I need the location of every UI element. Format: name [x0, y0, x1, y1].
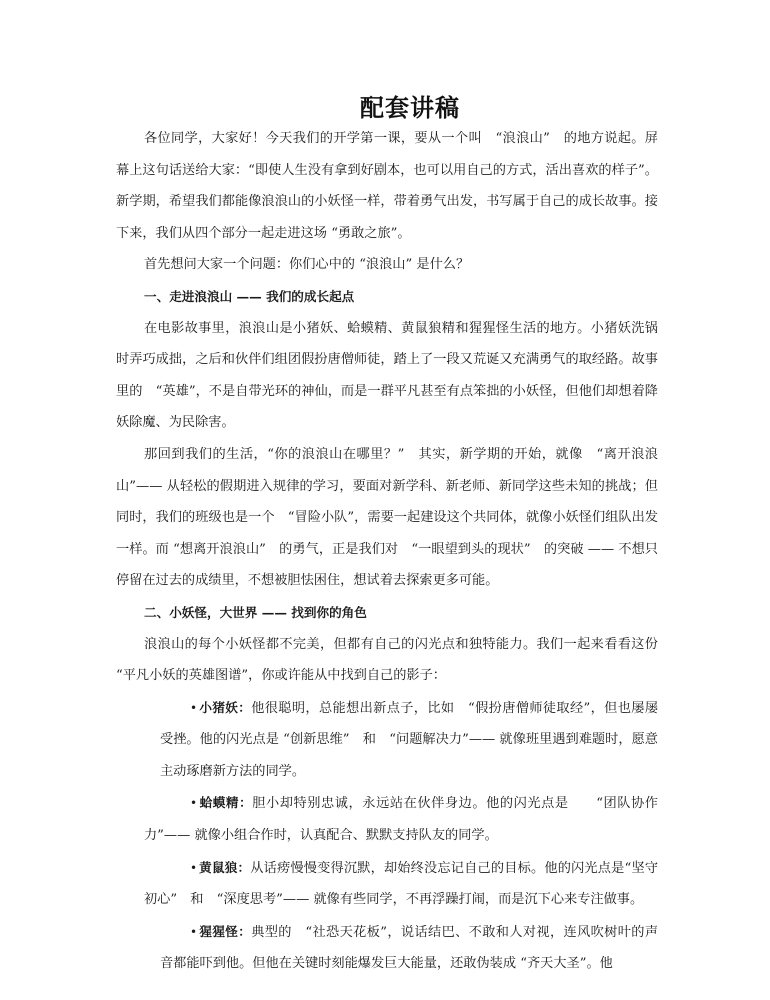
- section-heading-1: 一、走进浪浪山 —— 我们的成长起点: [116, 281, 658, 313]
- list-item-term: 猩猩怪：: [199, 924, 251, 939]
- bullet-icon: •: [190, 788, 199, 820]
- document-title: 配套讲稿: [360, 88, 460, 123]
- list-item-weasel: •黄鼠狼：从话痨慢慢变得沉默，却始终没忘记自己的目标。他的闪光点是“坚守初心” …: [144, 852, 658, 916]
- list-item-toad: •蛤蟆精：胆小却特别忠诚，永远站在伙伴身边。他的闪光点是 “团队协作力”—— 就…: [144, 787, 658, 851]
- intro-question: 首先想问大家一个问题：你们心中的 “浪浪山” 是什么？: [116, 249, 658, 281]
- document-body: 各位同学，大家好！今天我们的开学第一课，要从一个叫 “浪浪山” 的地方说起。屏幕…: [116, 123, 658, 980]
- section-1-paragraph: 那回到我们的生活，“你的浪浪山在哪里？” 其实，新学期的开始，就像 “离开浪浪山…: [116, 439, 658, 597]
- list-item-term: 小猪妖：: [199, 700, 251, 715]
- section-heading-2: 二、小妖怪，大世界 —— 找到你的角色: [116, 597, 658, 629]
- bullet-icon: •: [190, 853, 199, 885]
- list-item-term: 黄鼠狼：: [199, 860, 250, 875]
- list-item-term: 蛤蟆精：: [199, 795, 252, 810]
- section-2-paragraph: 浪浪山的每个小妖怪都不完美，但都有自己的闪光点和独特能力。我们一起来看看这份 “…: [116, 629, 658, 692]
- bullet-icon: •: [190, 693, 199, 725]
- section-1-paragraph: 在电影故事里，浪浪山是小猪妖、蛤蟆精、黄鼠狼精和猩猩怪生活的地方。小猪妖洗锅时弄…: [116, 313, 658, 439]
- intro-paragraph: 各位同学，大家好！今天我们的开学第一课，要从一个叫 “浪浪山” 的地方说起。屏幕…: [116, 123, 658, 249]
- list-item-pig-demon: •小猪妖：他很聪明，总能想出新点子，比如 “假扮唐僧师徒取经”，但也屡屡受挫。他…: [160, 692, 658, 788]
- bullet-icon: •: [190, 917, 199, 949]
- list-item-gorilla: •猩猩怪：典型的 “社恐天花板”，说话结巴、不敢和人对视，连风吹树叶的声音都能吓…: [160, 916, 658, 980]
